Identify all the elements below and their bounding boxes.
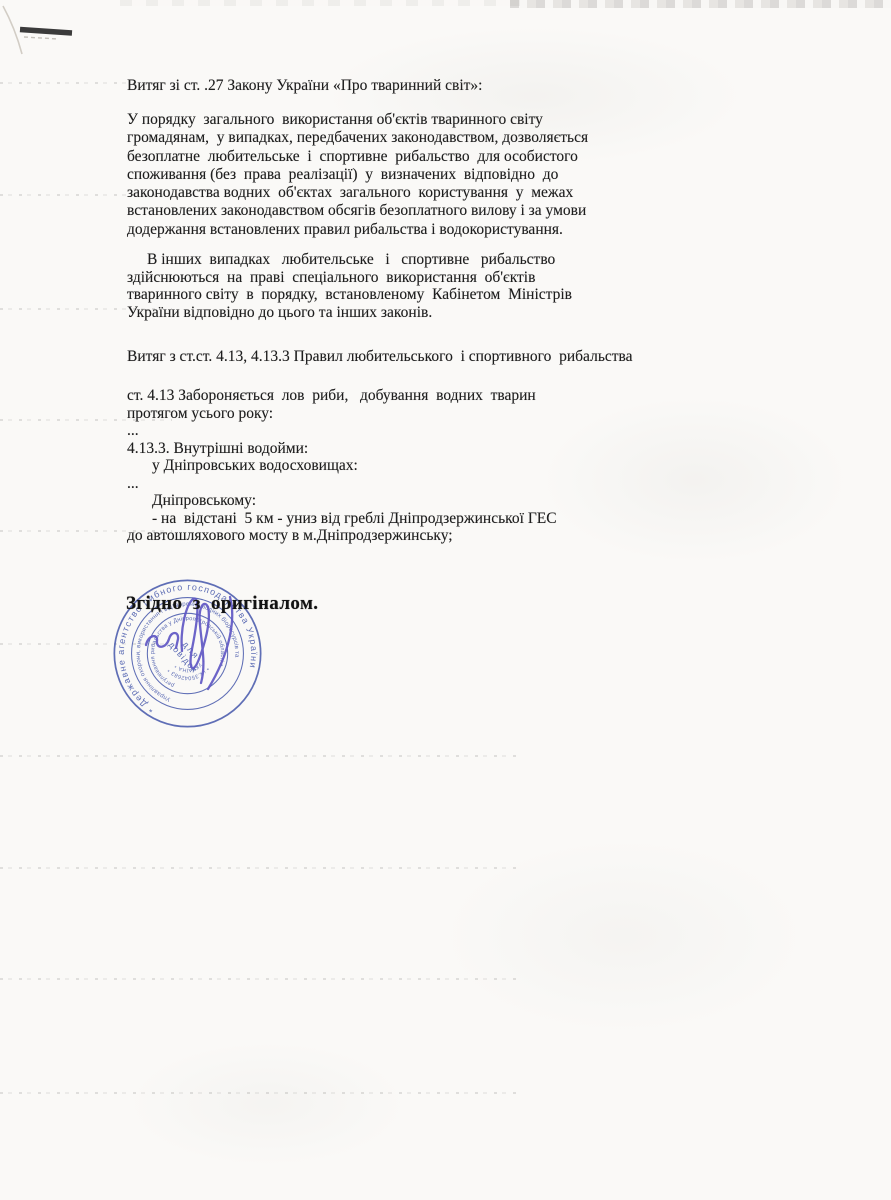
corner-fold-and-ink-mark <box>0 0 120 120</box>
dark-ink-mark <box>20 30 72 34</box>
excerpt-title-law: Витяг зі ст. .27 Закону України «Про тва… <box>127 77 482 95</box>
certification-text: Згідно з оригіналом. <box>126 593 318 615</box>
text-line: ст. 4.13 Забороняється лов риби, добуван… <box>127 387 557 405</box>
text-line: протягом усього року: <box>127 405 557 423</box>
title-line: Витяг з ст.ст. 4.13, 4.13.3 Правил любит… <box>127 348 633 366</box>
torn-corner-line <box>3 6 22 54</box>
text-line: споживання (без права реалізації) у визн… <box>127 166 588 184</box>
text-line: тваринного світу в порядку, встановленом… <box>127 286 572 304</box>
text-line: В інших випадках любительське і спортивн… <box>127 251 572 269</box>
ellipsis-line: ... <box>127 422 557 440</box>
text-line: до автошляхового мосту в м.Дніпродзержин… <box>127 527 557 545</box>
scan-edge-artifact <box>120 0 520 6</box>
scan-noise-line <box>0 1092 520 1094</box>
title-line: Витяг зі ст. .27 Закону України «Про тва… <box>127 77 482 95</box>
ellipsis-line: ... <box>127 475 557 493</box>
text-line: безоплатне любительське і спортивне риба… <box>127 148 588 166</box>
scan-noise-line <box>0 867 520 869</box>
section-prohibitions: ст. 4.13 Забороняється лов риби, добуван… <box>127 387 557 545</box>
text-line: законодавства водних об'єктах загального… <box>127 184 588 202</box>
smudge-line <box>24 37 58 39</box>
text-line: України відповідно до цього та інших зак… <box>127 304 572 322</box>
text-line: здійснюються на праві спеціального викор… <box>127 269 572 287</box>
paragraph-general-use: У порядку загального використання об'єкт… <box>127 111 588 239</box>
scan-edge-artifact <box>510 0 891 8</box>
paragraph-special-use: В інших випадках любительське і спортивн… <box>127 251 572 321</box>
text-line: встановлених законодавством обсягів безо… <box>127 202 588 220</box>
text-line: додержання встановлених правил рибальств… <box>127 221 588 239</box>
scan-noise-line <box>0 755 520 757</box>
text-line: у Дніпровських водосховищах: <box>127 457 557 475</box>
text-line: Дніпровському: <box>127 492 557 510</box>
text-line: У порядку загального використання об'єкт… <box>127 111 588 129</box>
excerpt-title-rules: Витяг з ст.ст. 4.13, 4.13.3 Правил любит… <box>127 348 633 366</box>
text-line: - на відстані 5 км - униз від греблі Дні… <box>127 510 557 528</box>
scan-noise-line <box>0 978 520 980</box>
scanned-document-page: Витяг зі ст. .27 Закону України «Про тва… <box>0 0 891 1200</box>
text-line: 4.13.3. Внутрішні водойми: <box>127 440 557 458</box>
text-line: громадянам, у випадках, передбачених зак… <box>127 129 588 147</box>
signature-loops <box>146 633 178 648</box>
